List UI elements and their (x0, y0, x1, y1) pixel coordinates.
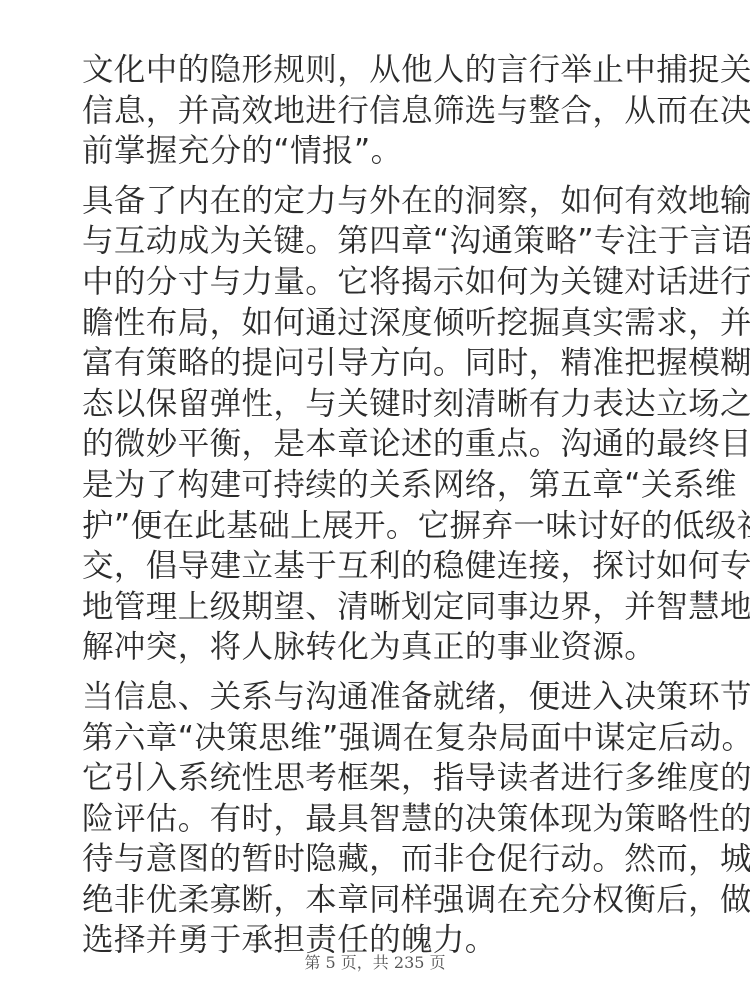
text-line: 它引入系统性思考框架，指导读者进行多维度的风 (82, 758, 666, 799)
text-line: 绝非优柔寡断，本章同样强调在充分权衡后，做出 (82, 880, 666, 921)
text-line: 中的分寸与力量。它将揭示如何为关键对话进行前 (82, 262, 666, 303)
text-line: 信息，并高效地进行信息筛选与整合，从而在决策 (82, 91, 666, 132)
text-line: 地管理上级期望、清晰划定同事边界，并智慧地化 (82, 587, 666, 628)
document-page: 文化中的隐形规则，从他人的言行举止中捕捉关键 信息，并高效地进行信息筛选与整合，… (82, 50, 666, 970)
text-line: 态以保留弹性，与关键时刻清晰有力表达立场之间 (82, 384, 666, 425)
text-line: 险评估。有时，最具智慧的决策体现为策略性的等 (82, 799, 666, 840)
text-line: 富有策略的提问引导方向。同时，精准把握模糊表 (82, 343, 666, 384)
text-line: 的微妙平衡，是本章论述的重点。沟通的最终目的 (82, 424, 666, 465)
paragraph-1: 文化中的隐形规则，从他人的言行举止中捕捉关键 信息，并高效地进行信息筛选与整合，… (82, 50, 666, 172)
paragraph-3: 当信息、关系与沟通准备就绪，便进入决策环节。 第六章“决策思维”强调在复杂局面中… (82, 677, 666, 961)
text-line: 与互动成为关键。第四章“沟通策略”专注于言语 (82, 221, 666, 262)
text-line: 待与意图的暂时隐藏，而非仓促行动。然而，城府 (82, 839, 666, 880)
text-line: 瞻性布局，如何通过深度倾听挖掘真实需求，并以 (82, 303, 666, 344)
page-indicator: 第 5 页，共 235 页 (0, 950, 750, 973)
text-line: 是为了构建可持续的关系网络，第五章“关系维 (82, 465, 666, 506)
text-line: 文化中的隐形规则，从他人的言行举止中捕捉关键 (82, 50, 666, 91)
paragraph-2: 具备了内在的定力与外在的洞察，如何有效地输出 与互动成为关键。第四章“沟通策略”… (82, 181, 666, 668)
text-line: 当信息、关系与沟通准备就绪，便进入决策环节。 (82, 677, 666, 718)
text-line: 第六章“决策思维”强调在复杂局面中谋定后动。 (82, 718, 666, 759)
text-line: 解冲突，将人脉转化为真正的事业资源。 (82, 627, 666, 668)
text-line: 交，倡导建立基于互利的稳健连接，探讨如何专业 (82, 546, 666, 587)
text-line: 前掌握充分的“情报”。 (82, 131, 666, 172)
text-line: 护”便在此基础上展开。它摒弃一味讨好的低级社 (82, 506, 666, 547)
text-line: 具备了内在的定力与外在的洞察，如何有效地输出 (82, 181, 666, 222)
